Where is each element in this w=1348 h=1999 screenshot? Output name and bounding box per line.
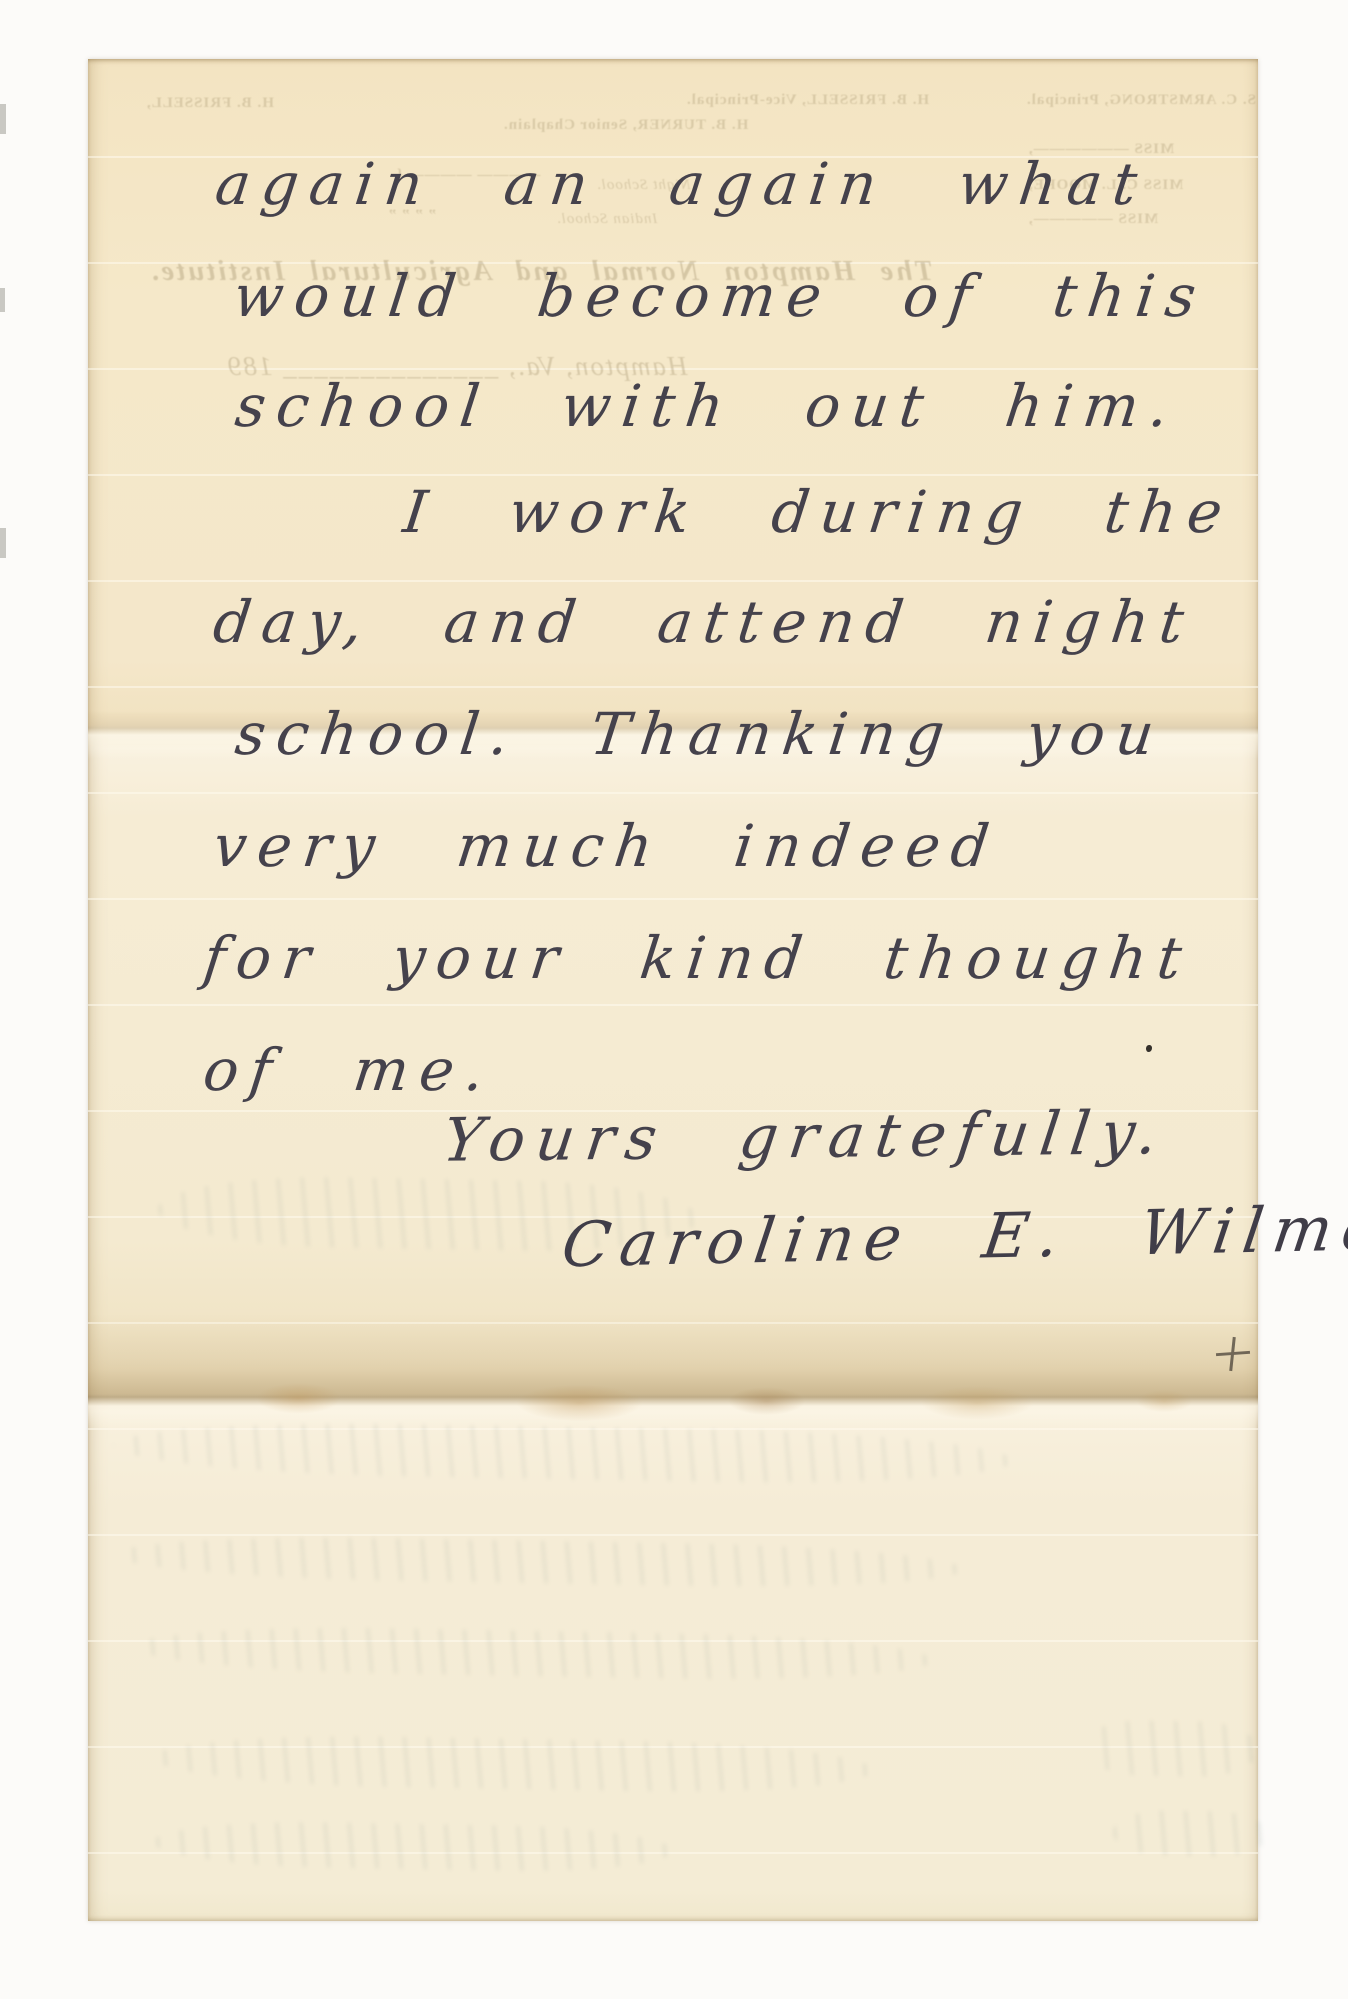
crease-cross-mark: [1216, 1337, 1250, 1371]
ghost-handwriting-band: [113, 1534, 964, 1591]
ghost-handwriting-band: [1113, 1810, 1269, 1858]
ghost-letterhead-fragment: H. B. TURNER, Senior Chaplain.: [503, 117, 748, 134]
letter-line: I work during the: [400, 483, 1236, 541]
letter-line: would become of this: [230, 267, 1210, 325]
ghost-handwriting-band: [153, 1733, 874, 1796]
ghost-handwriting-band: [153, 1819, 674, 1873]
letter-page: H. B. FRISSELL, H. B. FRISSELL, Vice-Pri…: [88, 59, 1258, 1921]
scanned-letter-canvas: H. B. FRISSELL, H. B. FRISSELL, Vice-Pri…: [0, 0, 1348, 1999]
letter-line: again an again what: [212, 155, 1151, 213]
letter-closing: Yours gratefully.: [440, 1103, 1172, 1171]
scan-speck: [0, 288, 5, 312]
letter-line: of me.: [200, 1041, 498, 1099]
ghost-letterhead-fragment: H. B. FRISSELL, Vice-Principal.: [686, 92, 929, 109]
ghost-letterhead-fragment: S. C. ARMSTRONG, Principal.: [1026, 92, 1256, 109]
letter-line: very much indeed: [210, 817, 1003, 875]
letter-line: day, and attend night: [210, 593, 1197, 651]
letter-line: school with out him.: [232, 377, 1182, 435]
ghost-handwriting-band: [1083, 1719, 1259, 1777]
ghost-handwriting-band: [133, 1624, 934, 1683]
letter-line: school. Thanking you: [232, 705, 1168, 763]
ink-fleck: [1146, 1045, 1152, 1052]
scan-speck: [0, 104, 6, 134]
scan-speck: [0, 528, 6, 558]
ghost-letterhead-fragment: H. B. FRISSELL,: [146, 95, 274, 112]
ghost-handwriting-band: [157, 1174, 698, 1253]
letter-line: for your kind thought: [200, 929, 1195, 987]
